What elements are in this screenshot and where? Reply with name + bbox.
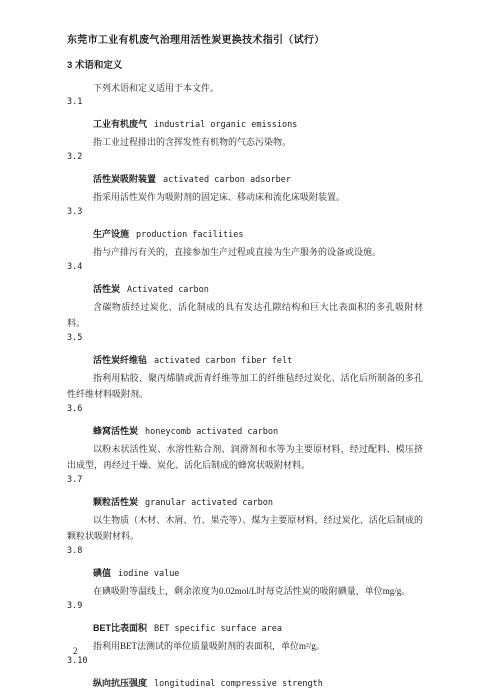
term-definition: 指利用粘胶、聚丙烯腈或沥青纤维等加工的纤维毡经过炭化、活化后所制备的多孔性纤维材…: [67, 370, 423, 402]
term-section: 3.9 BET比表面积 BET specific surface area 指利…: [67, 600, 423, 654]
term-name-en: Activated carbon: [127, 285, 209, 295]
document-title: 东莞市工业有机废气治理用活性炭更换技术指引（试行）: [67, 34, 423, 47]
section-heading: 3 术语和定义: [67, 59, 423, 72]
term-name-en: granular activated carbon: [145, 498, 273, 508]
term-section: 3.1 工业有机废气 industrial organic emissions …: [67, 96, 423, 150]
term-name-en: activated carbon adsorber: [163, 175, 291, 185]
term-number: 3.9: [67, 600, 423, 613]
term-section: 3.5 活性炭纤维毡 activated carbon fiber felt 指…: [67, 332, 423, 402]
term-number: 3.4: [67, 261, 423, 274]
term-section: 3.4 活性炭 Activated carbon 含碳物质经过炭化、活化制成的具…: [67, 261, 423, 331]
term-heading: 生产设施 production facilities: [67, 226, 423, 242]
term-section: 3.6 蜂窝活性炭 honeycomb activated carbon 以粉末…: [67, 403, 423, 473]
term-number: 3.2: [67, 151, 423, 164]
term-definition: 含碳物质经过炭化、活化制成的具有发达孔隙结构和巨大比表面积的多孔吸附材料。: [67, 299, 423, 331]
term-name-en: industrial organic emissions: [154, 120, 297, 130]
term-number: 3.10: [67, 655, 423, 668]
term-name-zh: 活性炭: [93, 284, 120, 294]
term-number: 3.1: [67, 96, 423, 109]
term-name-en: iodine value: [118, 569, 179, 579]
document-content: 东莞市工业有机废气治理用活性炭更换技术指引（试行） 3 术语和定义 下列术语和定…: [67, 34, 423, 691]
term-section: 3.10 纵向抗压强度 longitudinal compressive str…: [67, 655, 423, 691]
term-name-en: longitudinal compressive strength: [154, 679, 323, 689]
term-definition: 以粉末状活性炭、水溶性粘合剂、润滑剂和水等为主要原材料，经过配料、模压挤出成型，…: [67, 441, 423, 473]
term-name-zh: 蜂窝活性炭: [93, 426, 138, 436]
term-name-zh: 工业有机废气: [93, 119, 147, 129]
term-heading: 活性炭纤维毡 activated carbon fiber felt: [67, 352, 423, 368]
term-heading: 碘值 iodine value: [67, 565, 423, 581]
terms-list: 3.1 工业有机废气 industrial organic emissions …: [67, 96, 423, 691]
term-name-zh: 颗粒活性炭: [93, 497, 138, 507]
term-name-en: honeycomb activated carbon: [145, 427, 278, 437]
term-section: 3.7 颗粒活性炭 granular activated carbon 以生物质…: [67, 474, 423, 544]
term-section: 3.2 活性炭吸附装置 activated carbon adsorber 指采…: [67, 151, 423, 205]
term-definition: 在碘吸附等温线上，剩余浓度为0.02mol/L时每克活性炭的吸附碘量，单位mg/…: [67, 583, 423, 599]
term-definition: 以生物质（木材、木屑、竹、果壳等）、煤为主要原材料，经过炭化、活化后制成的颗粒状…: [67, 512, 423, 544]
term-name-en: activated carbon fiber felt: [154, 356, 292, 366]
intro-text: 下列术语和定义适用于本文件。: [67, 82, 423, 95]
term-name-zh: BET比表面积: [93, 623, 147, 633]
term-number: 3.8: [67, 545, 423, 558]
term-number: 3.5: [67, 332, 423, 345]
term-name-en: BET specific surface area: [154, 624, 282, 634]
term-number: 3.6: [67, 403, 423, 416]
term-definition: 指采用活性炭作为吸附剂的固定床、移动床和流化床吸附装置。: [67, 189, 423, 205]
document-page: 东莞市工业有机废气治理用活性炭更换技术指引（试行） 3 术语和定义 下列术语和定…: [0, 0, 495, 699]
term-heading: 纵向抗压强度 longitudinal compressive strength: [67, 675, 423, 691]
term-heading: 工业有机废气 industrial organic emissions: [67, 116, 423, 132]
page-number: 2: [73, 645, 78, 658]
term-name-zh: 纵向抗压强度: [93, 678, 147, 688]
term-section: 3.3 生产设施 production facilities 指与产排污有关的，…: [67, 206, 423, 260]
term-number: 3.3: [67, 206, 423, 219]
term-name-zh: 碘值: [93, 568, 111, 578]
term-heading: 颗粒活性炭 granular activated carbon: [67, 494, 423, 510]
term-heading: BET比表面积 BET specific surface area: [67, 620, 423, 636]
term-section: 3.8 碘值 iodine value 在碘吸附等温线上，剩余浓度为0.02mo…: [67, 545, 423, 599]
term-heading: 活性炭 Activated carbon: [67, 281, 423, 297]
term-number: 3.7: [67, 474, 423, 487]
term-definition: 指与产排污有关的，直接参加生产过程或直接为生产服务的设备或设施。: [67, 244, 423, 260]
term-heading: 活性炭吸附装置 activated carbon adsorber: [67, 171, 423, 187]
term-name-zh: 生产设施: [93, 229, 129, 239]
term-definition: 指工业过程排出的含挥发性有机物的气态污染物。: [67, 134, 423, 150]
term-heading: 蜂窝活性炭 honeycomb activated carbon: [67, 423, 423, 439]
term-name-en: production facilities: [136, 230, 243, 240]
term-definition: 指利用BET法测试的单位质量吸附剂的表面积，单位m²/g。: [67, 638, 423, 654]
term-name-zh: 活性炭吸附装置: [93, 174, 156, 184]
term-name-zh: 活性炭纤维毡: [93, 355, 147, 365]
